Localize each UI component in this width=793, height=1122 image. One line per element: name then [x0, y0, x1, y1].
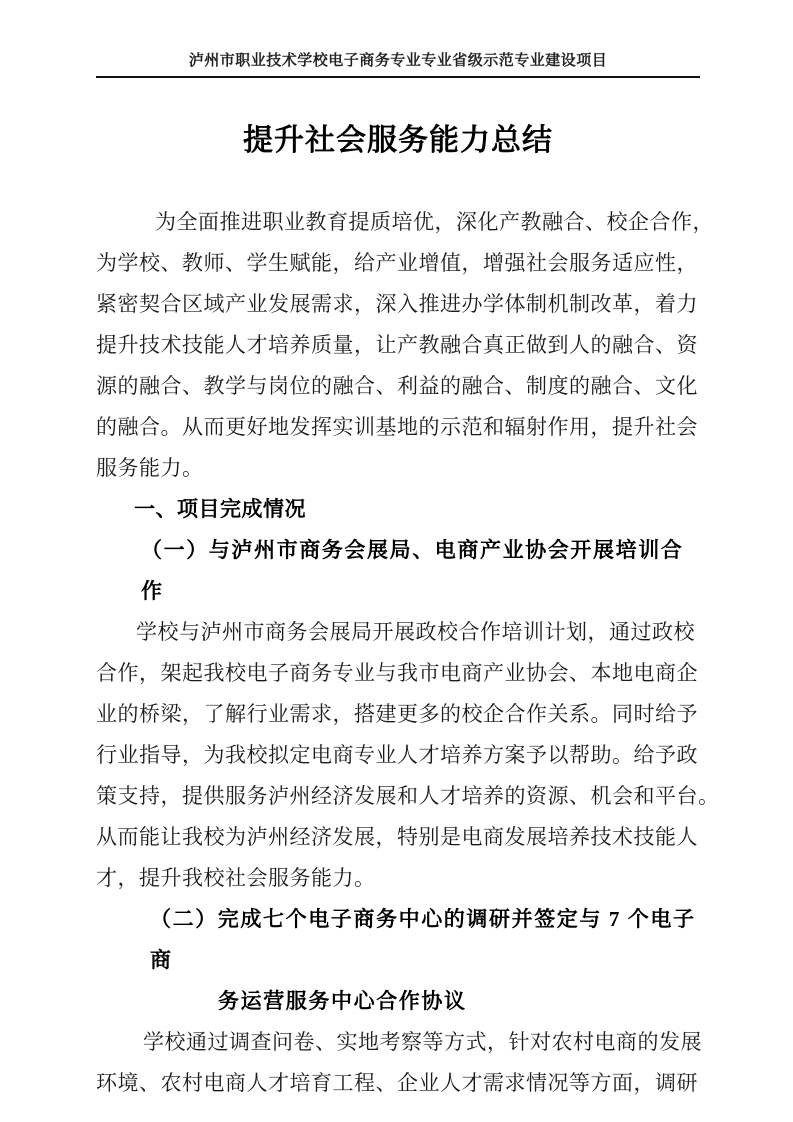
section-1-heading: 一、项目完成情况 [96, 489, 700, 530]
header-rule [96, 76, 700, 78]
subsection-2-paragraph: 学校通过调查问卷、实地考察等方式，针对农村电商的发展 环境、农村电商人才培育工程… [96, 1022, 700, 1104]
document-page: 泸州市职业技术学校电子商务专业专业省级示范专业建设项目 提升社会服务能力总结 为… [0, 0, 793, 1122]
subsection-1-heading: （一）与泸州市商务会展局、电商产业协会开展培训合作 [96, 530, 700, 612]
document-title: 提升社会服务能力总结 [96, 120, 700, 162]
subsection-1-paragraph: 学校与泸州市商务会展局开展政校合作培训计划，通过政校 合作，架起我校电子商务专业… [96, 612, 700, 899]
page-content: 泸州市职业技术学校电子商务专业专业省级示范专业建设项目 提升社会服务能力总结 为… [96, 0, 700, 1104]
subsection-2-heading-line-2: 务运营服务中心合作协议 [96, 981, 700, 1022]
subsection-2-heading-line-1: （二）完成七个电子商务中心的调研并签定与 7 个电子商 [96, 899, 700, 981]
page-header-text: 泸州市职业技术学校电子商务专业专业省级示范专业建设项目 [96, 0, 700, 72]
intro-paragraph: 为全面推进职业教育提质培优，深化产教融合、校企合作， 为学校、教师、学生赋能，给… [96, 202, 700, 489]
